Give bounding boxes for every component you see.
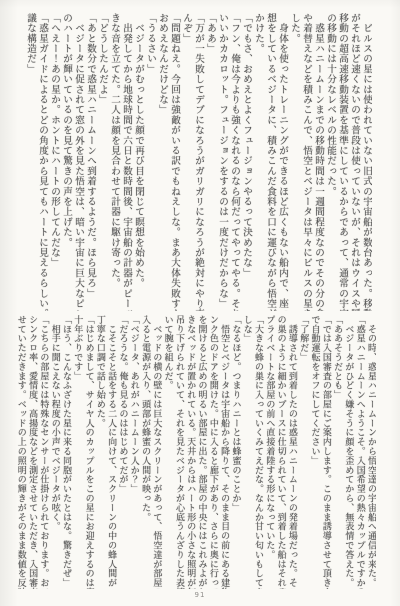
text-column: いいかカカロット。フュージョンをするのは一度だけだからな」: [216, 13, 228, 311]
text-column: 十年ぶりです」: [71, 315, 82, 589]
text-column: がそれほど速くないので普段は使っていないが、それはウイスや瞬間: [348, 13, 360, 311]
text-column: ベジータがひどく嫌そうに顔を歪めてから、無表情で答えた。: [342, 315, 353, 589]
text-column: の巣のように細かいブースに仕切られていて、到着した船はそれぞれの: [274, 315, 285, 589]
text-column: 丁寧な口調で話し始めた。: [94, 315, 105, 589]
text-column: 「大きな蜂の巣に入っていくみてえだな。なんか甘い匂いもしてきてる: [252, 315, 263, 589]
text-column: せていただきます。ベッドの上の照明の輝きがそのまま数値を反映して: [15, 315, 26, 589]
text-column: の移動には十分なレベルの性能だった。: [324, 13, 336, 311]
top-text-block: ビルスの星には使われていない旧式の宇宙船が数台あった。移動速度がそれほど速くない…: [22, 13, 372, 311]
text-column: 「でもさ、おめえとよくフュージョンやるって決めたな」: [240, 13, 252, 311]
text-column: 「万が一失敗してデブになろうがガリガリになろうが絶対にやり直しはせ: [192, 13, 204, 311]
text-column: 「ああそうだとも」: [331, 315, 342, 589]
text-column: ビルスの星には使われていない旧式の宇宙船が数台あった。移動速度: [360, 13, 372, 311]
text-column: ベッドの横の壁には巨大なスクリーンがあって、悟空達が部屋の中に: [150, 315, 161, 589]
text-column: 「フン、俺は今よりも強くなれるのなら何だってやってやる。それより: [228, 13, 240, 311]
text-column: 「うるさい」: [144, 13, 156, 311]
text-column: 想をしているベジータに、積みこんだ食料を口に運びながら悟空が声を: [264, 13, 276, 311]
text-column: 議な構造だ」: [24, 13, 36, 311]
text-column: ベジータに促されて窓の外を見た悟空は、暗い宇宙に巨大なピンク色: [72, 13, 84, 311]
text-column: プライベートな部屋の前へ直接着陸する形になっていた。: [263, 315, 274, 589]
text-column: 「了解だ」: [297, 315, 308, 589]
text-column: 身体を使ったトレーニングができるほど広くもない船内で、座って瞑: [276, 13, 288, 311]
text-column: した。: [288, 13, 300, 311]
text-column: しな」: [240, 315, 251, 589]
text-column: 「だろうな。俺も見るのははじめてだが」: [116, 315, 127, 589]
text-column: 「ベジータ、あれがハニームーン人か？」: [127, 315, 138, 589]
text-column: 「惑星ハニームーンへようこそ。入国希望の熱々カップルですか？」: [353, 315, 364, 589]
text-column: 「あと数分で惑星ハニームーンへ到着するようだ。ほら見ろ」: [84, 13, 96, 311]
text-column: で自動運転をオフにしてください」: [308, 315, 319, 589]
text-column: 「ああ」: [204, 13, 216, 311]
text-column: 「なるほど。つまりハニーとは蜂蜜のことか」: [229, 315, 240, 589]
text-column: 出発してから地球時間で六日と数時間後、宇宙船の計器がピーッと大: [120, 13, 132, 311]
text-column: 惑星ハニームーンまでの移動時間は一週間程度なのでその分の食料: [312, 13, 324, 311]
bottom-text-block: その時、惑星ハニームーンから悟空達の宇宙船へ通信が来た。「惑星ハニームーンへよう…: [12, 315, 376, 589]
text-column: 「ほう、こんなふざけた星に来る同胞がいたとはな。驚きだぜ」: [60, 315, 71, 589]
text-column: いて腕を組んだ。: [161, 315, 172, 589]
text-column: 「どうしたんだよ」: [96, 13, 108, 311]
text-column: 「問題ねえ。今回は強敵がいる訳でもねえしな。まあ大体失敗すんのは: [168, 13, 180, 311]
text-column: 「惑星ガイドによるとどの角度から見てもハートに見えるらしい。不思: [36, 13, 48, 311]
text-column: 相手に聞こえない程度の小声でベジータが呟く。: [48, 315, 59, 589]
text-column: 移動の超高速移動装置を基準にしているからであって、通常の宇宙内: [336, 13, 348, 311]
text-column: きなベッドが置かれている。天井からはハート形の小さな照明が無数に: [184, 315, 195, 589]
text-column: ンク色のドアを開けた。中に入ると廊下があり、さらに奥に行ってドア: [207, 315, 218, 589]
text-column: かけた。: [252, 13, 264, 311]
text-column: 入ると電源が入り、頭部が蜂蜜の人間が映った。: [139, 315, 150, 589]
text-column: 「こちらの部屋には特殊なセンサーが仕掛けられております。お二人の: [37, 315, 48, 589]
text-column: きな音を立てた。二人は顔を見合わせて計器に駆け寄った。: [108, 13, 120, 311]
text-column: おめえなんだけどな」: [156, 13, 168, 311]
text-column: のハートが輝いているのを見て驚きの声を上げた。: [60, 13, 72, 311]
text-column: んぞ」: [180, 13, 192, 311]
page-number: 91: [0, 591, 400, 599]
text-column: 「では入国審査の部屋にご案内します。このまま誘導させて頂きますの: [320, 315, 331, 589]
text-column: こそこそと話をする二人に向けて、スクリーンの中の蜂人間が一礼し、: [105, 315, 116, 589]
text-column: 悟空とベジータは宇宙船から降りて、そのまま目の前にある建物のピ: [218, 315, 229, 589]
text-column: ベジータがむっとした顔で再び目を閉じて瞑想を始めた。: [132, 13, 144, 311]
text-column: その時、惑星ハニームーンから悟空達の宇宙船へ通信が来た。: [365, 315, 376, 589]
text-column: 吊り下げられていて、それを見たベジータが心底うんざりした表情で呟: [173, 315, 184, 589]
text-column: や着替えなどを積みこんで、悟空とベジータは早々にビルスの星を出発: [300, 13, 312, 311]
text-column: 「はじめまして、サイヤ人のカップルをこの星にお迎えするのは実に五: [82, 315, 93, 589]
text-column: 「へえー！あの星か。ホントにハートの形してんだな」: [48, 13, 60, 311]
text-column: 誘導されて到着したのは惑星ハニームーンの発着場だった。そこは蜂: [286, 315, 297, 589]
text-column: を開けると広めの明るい部屋に出た。部屋の中央にはこれみよがしに大: [195, 315, 206, 589]
text-column: シンクロ率、愛情度、高揚度などを測定させていただき、入国審査とさ: [26, 315, 37, 589]
scanned-page: ビルスの星には使われていない旧式の宇宙船が数台あった。移動速度がそれほど速くない…: [0, 0, 400, 606]
